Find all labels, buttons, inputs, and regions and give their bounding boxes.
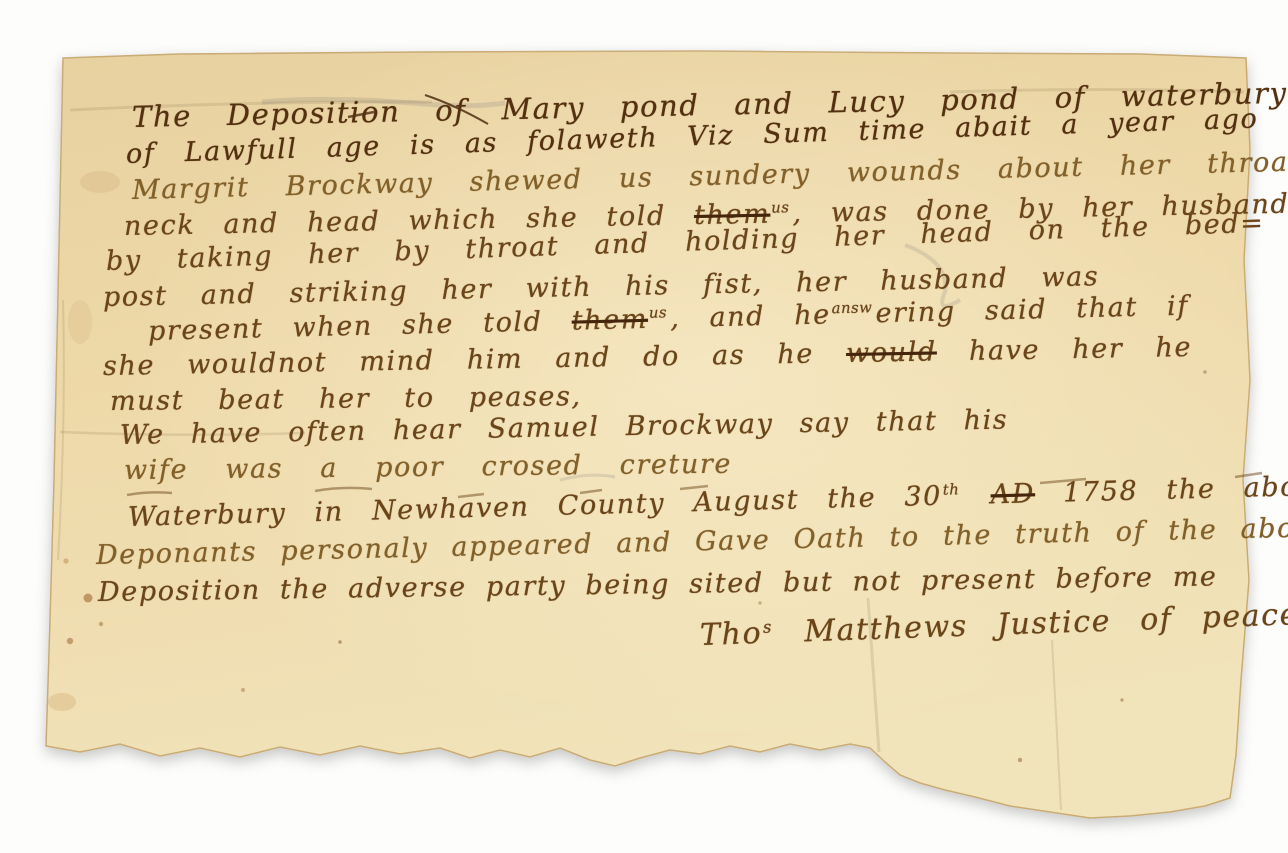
line-text: Deposition the adverse party being sited… bbox=[98, 561, 1218, 608]
line-text: must beat her to peases, bbox=[110, 381, 582, 417]
struck-word: would bbox=[846, 336, 937, 369]
handwritten-text-layer: The Deposition of Mary pond and Lucy pon… bbox=[0, 0, 1288, 853]
manuscript-line-14: Deposition the adverse party being sited… bbox=[98, 561, 1218, 608]
manuscript-line-9: must beat her to peases, bbox=[110, 381, 582, 417]
photo-of-manuscript: The Deposition of Mary pond and Lucy pon… bbox=[0, 0, 1288, 853]
struck-word: them bbox=[571, 304, 648, 337]
line-text: present when she told bbox=[148, 306, 573, 347]
manuscript-line-11: wife was a poor crosed creture bbox=[124, 449, 732, 486]
inserted-word: us bbox=[649, 303, 668, 321]
signature-text: Tho bbox=[699, 616, 762, 653]
inserted-word: us bbox=[771, 198, 790, 216]
line-text: , and he bbox=[670, 299, 831, 334]
line-text: have her he bbox=[937, 332, 1193, 367]
struck-word: AD bbox=[990, 478, 1035, 510]
line-text: wife was a poor crosed creture bbox=[124, 449, 732, 486]
line-text: 1758 the above bbox=[1035, 470, 1288, 509]
ordinal-suffix: th bbox=[943, 480, 960, 498]
signature-text: Matthews Justice of peace bbox=[775, 597, 1288, 650]
inserted-word: answ bbox=[831, 298, 872, 317]
line-text bbox=[962, 479, 991, 511]
signature-line: Thos Matthews Justice of peace bbox=[699, 597, 1288, 653]
line-text: ering said that if bbox=[875, 291, 1189, 330]
signature-superscript: s bbox=[763, 617, 773, 636]
